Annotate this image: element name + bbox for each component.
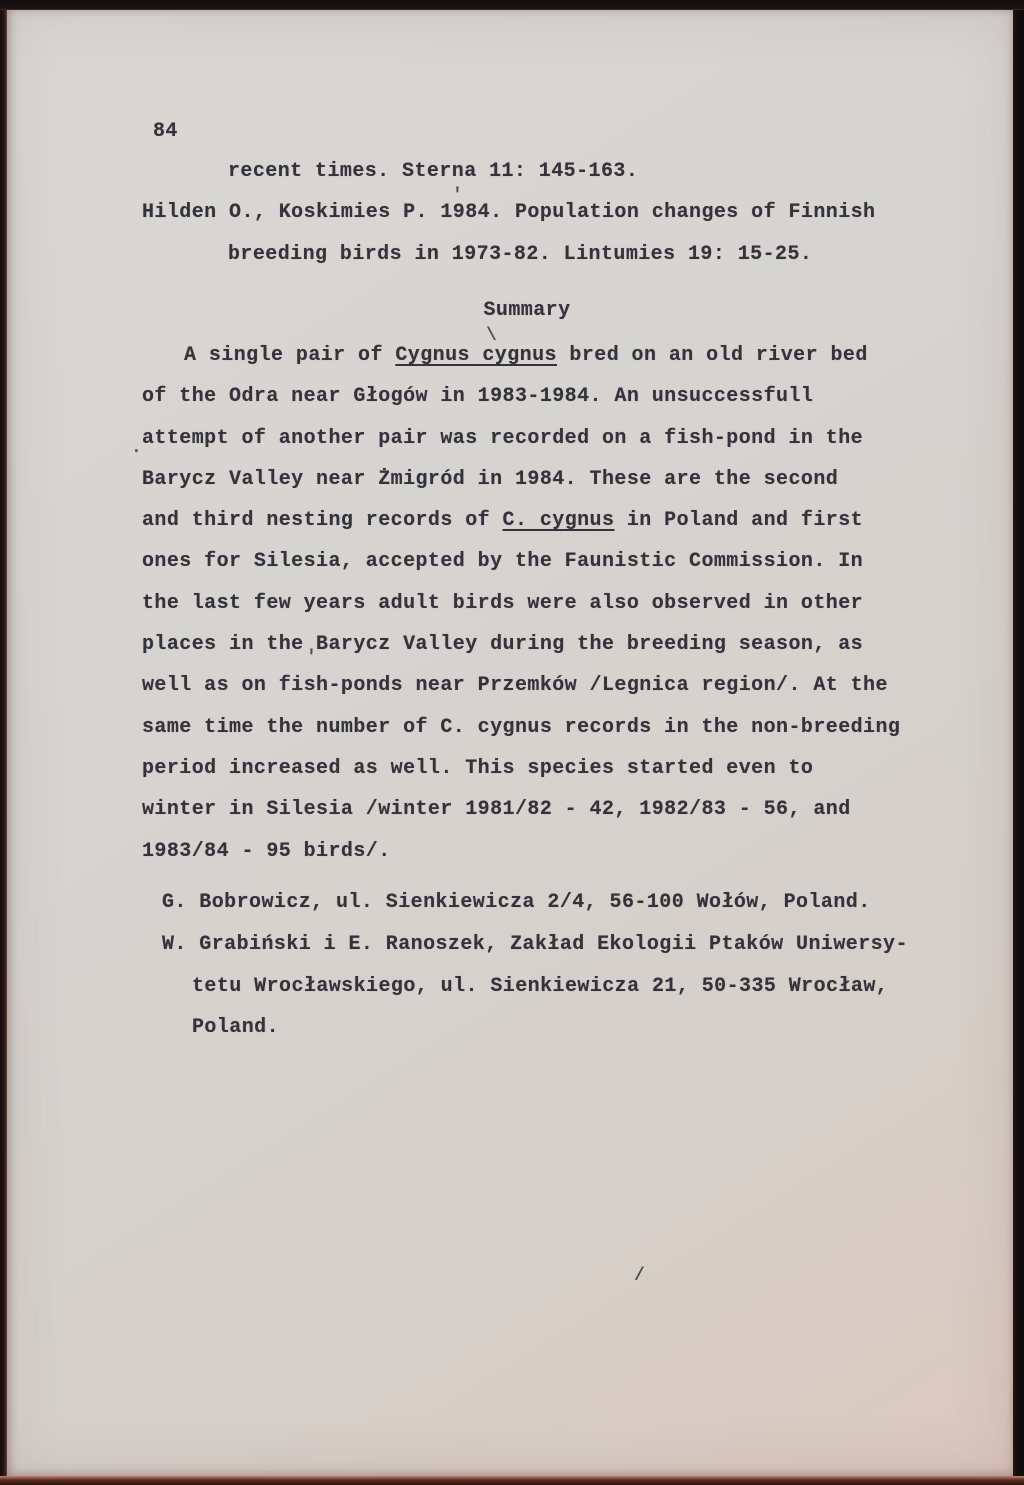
scan-artifact: ' (452, 186, 463, 206)
underlined-species-name: C. cygnus (503, 509, 615, 532)
text-line: places in the Barycz Valley during the b… (142, 624, 932, 665)
text-line: well as on fish-ponds near Przemków /Leg… (142, 665, 932, 706)
text-segment: bred on an old river bed (557, 344, 868, 367)
text-line: Hilden O., Koskimies P. 1984. Population… (142, 192, 932, 233)
text-line: breeding birds in 1973-82. Lintumies 19:… (142, 234, 932, 275)
scan-artifact: \ (486, 326, 497, 346)
underlined-species-name: Cygnus cygnus (395, 344, 557, 367)
text-line: Barycz Valley near Żmigród in 1984. Thes… (142, 459, 932, 500)
scan-edge-bottom (0, 1476, 1024, 1485)
text-line: Poland. (142, 1007, 932, 1049)
text-line: the last few years adult birds were also… (142, 583, 932, 624)
text-line: of the Odra near Głogów in 1983-1984. An… (142, 376, 932, 417)
scan-artifact: ' (306, 648, 317, 668)
text-segment: in Poland and first (614, 509, 863, 532)
text-line: W. Grabiński i E. Ranoszek, Zakład Ekolo… (142, 924, 932, 966)
addresses-block: G. Bobrowicz, ul. Sienkiewicza 2/4, 56-1… (142, 882, 932, 1049)
page-number: 84 (153, 121, 178, 143)
scan-artifact: / (634, 1266, 645, 1286)
text-segment: and third nesting records of (142, 509, 503, 532)
summary-heading: Summary (142, 290, 912, 331)
text-line: and third nesting records of C. cygnus i… (142, 500, 932, 541)
scan-edge-left (0, 0, 7, 1485)
text-line: tetu Wrocławskiego, ul. Sienkiewicza 21,… (142, 966, 932, 1008)
text-line: 1983/84 - 95 birds/. (142, 831, 932, 872)
text-segment: A single pair of (184, 344, 395, 367)
scan-edge-right (1013, 0, 1024, 1485)
summary-paragraph: A single pair of Cygnus cygnus bred on a… (142, 335, 932, 872)
text-line: winter in Silesia /winter 1981/82 - 42, … (142, 789, 932, 830)
text-line: same time the number of C. cygnus record… (142, 707, 932, 748)
references-block: recent times. Sterna 11: 145-163.Hilden … (142, 151, 932, 275)
text-line: period increased as well. This species s… (142, 748, 932, 789)
scan-artifact: . (131, 438, 142, 458)
text-line: ones for Silesia, accepted by the Faunis… (142, 541, 932, 582)
scan-edge-top (0, 0, 1024, 10)
text-line: A single pair of Cygnus cygnus bred on a… (142, 335, 932, 376)
text-line: attempt of another pair was recorded on … (142, 418, 932, 459)
text-line: G. Bobrowicz, ul. Sienkiewicza 2/4, 56-1… (142, 882, 932, 924)
text-line: recent times. Sterna 11: 145-163. (142, 151, 932, 192)
